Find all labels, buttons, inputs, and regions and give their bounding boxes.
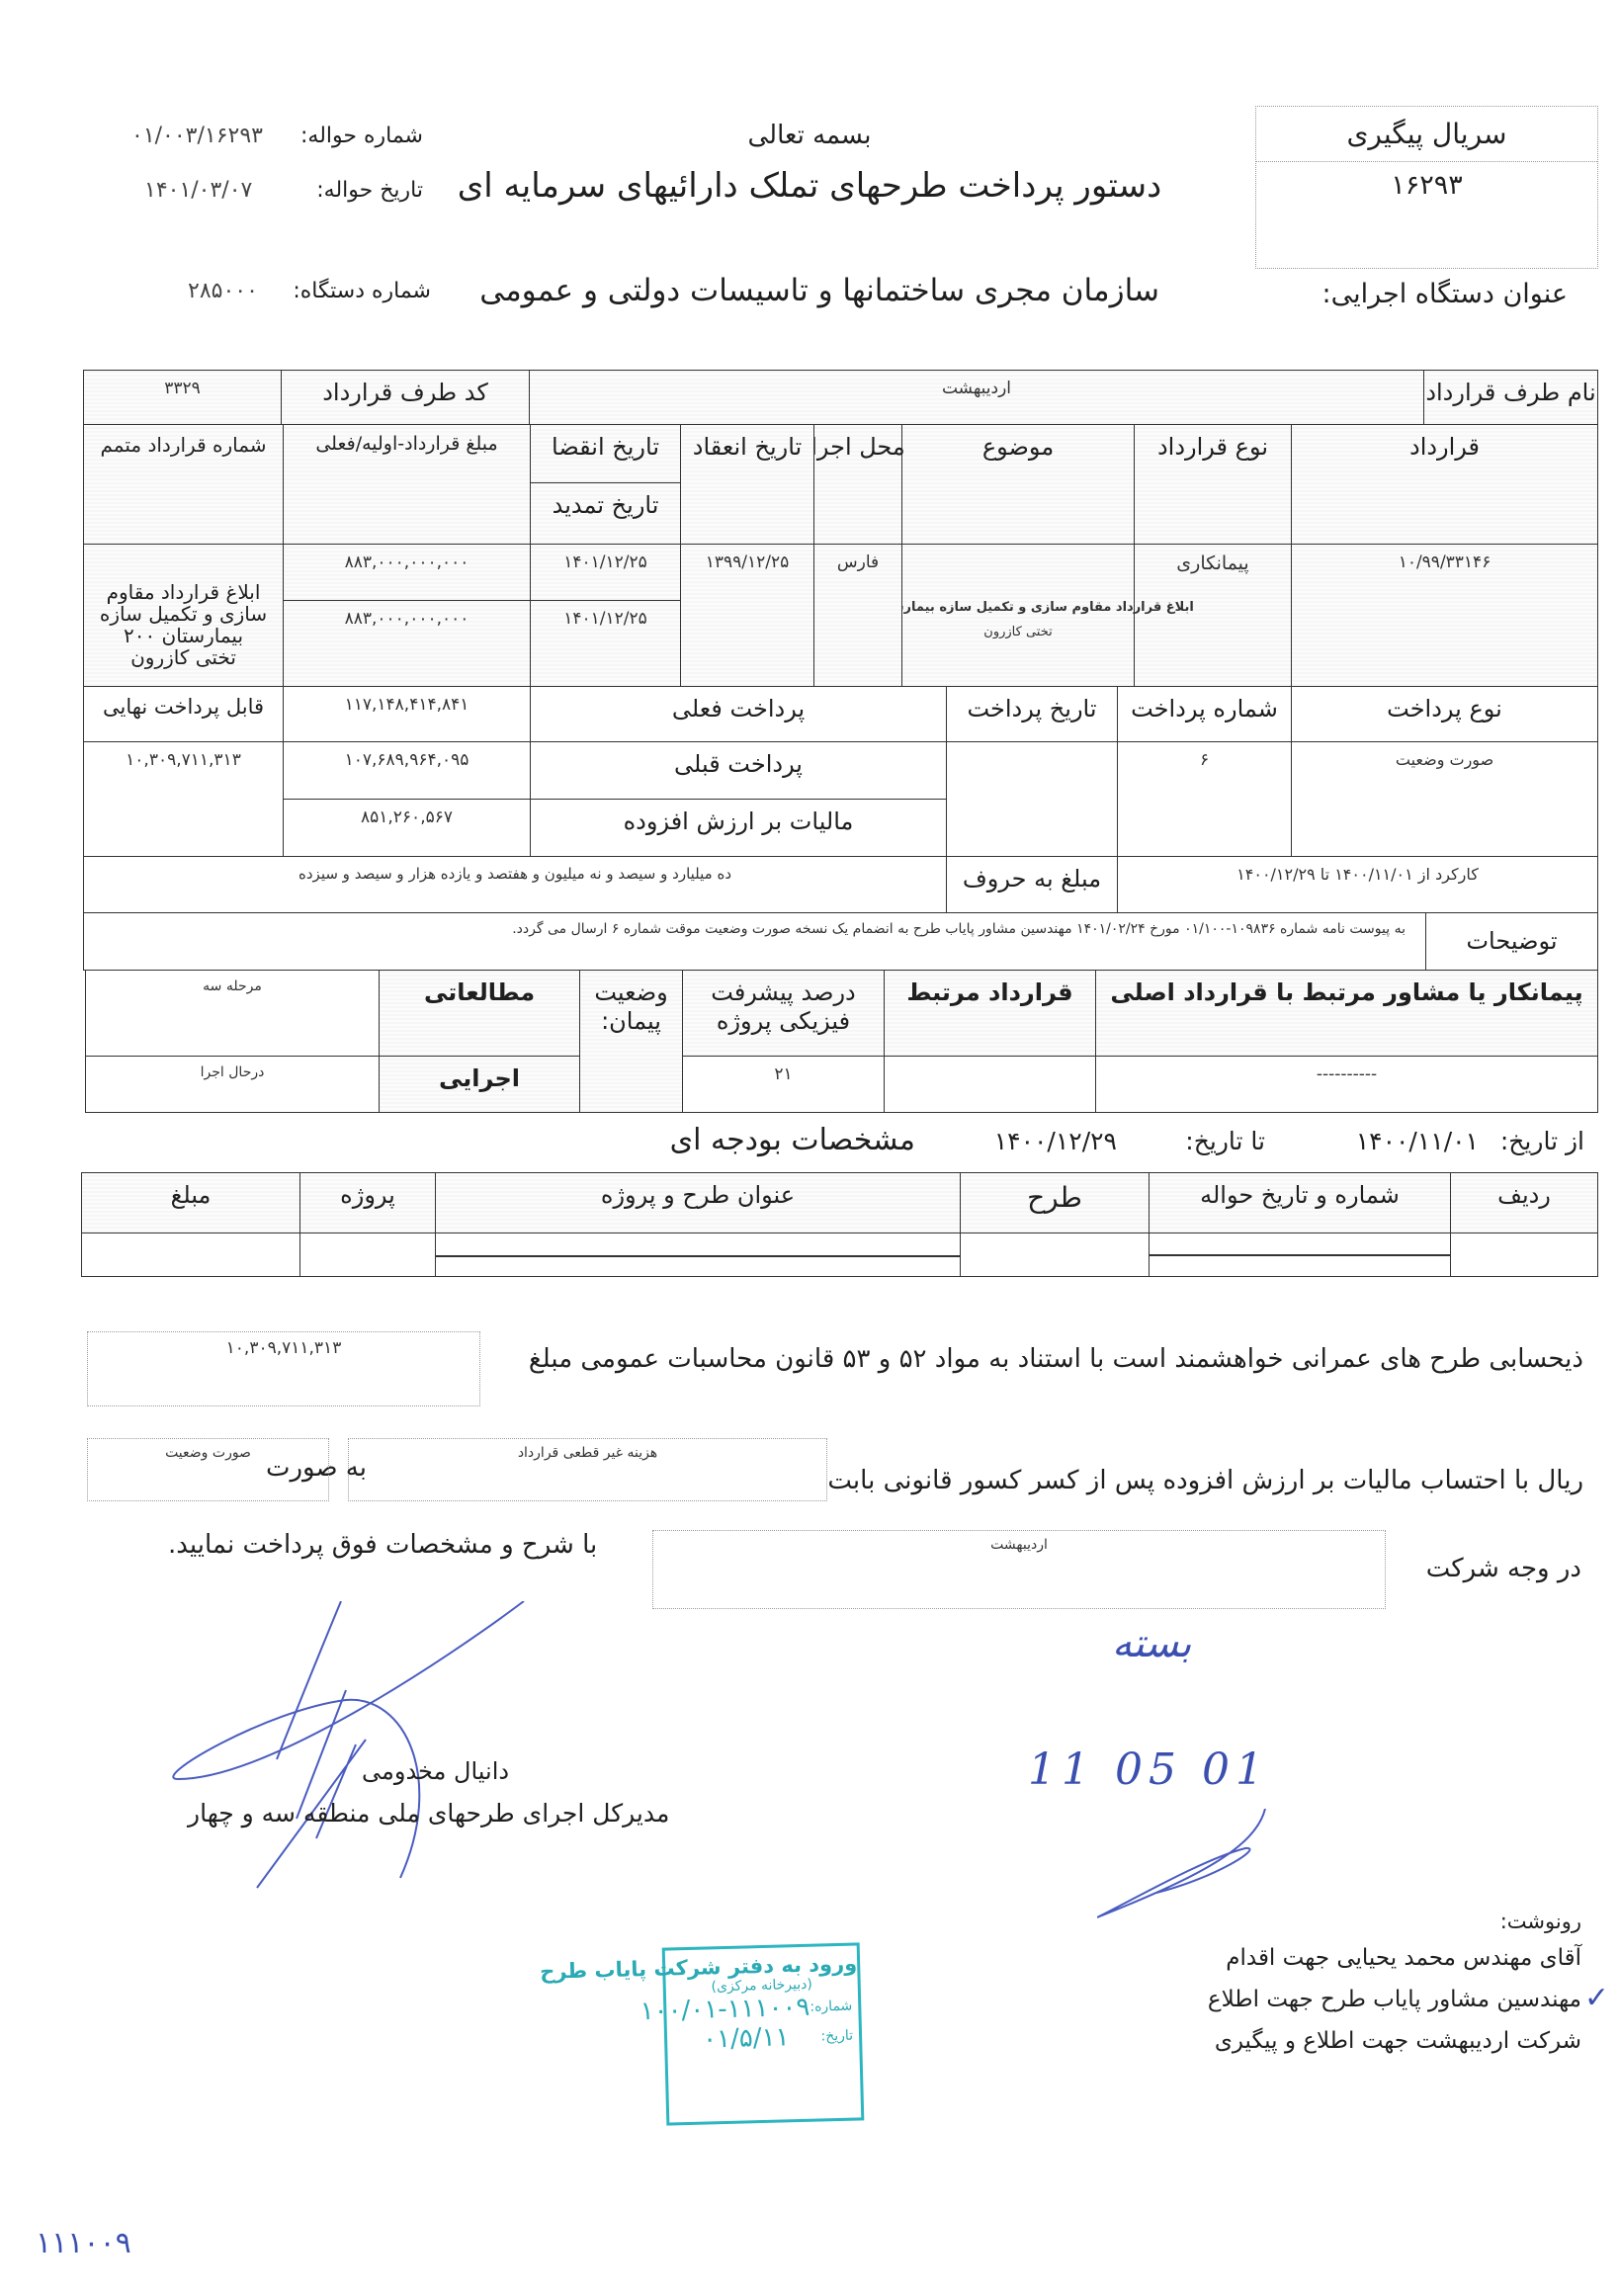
label: شماره قرارداد متمم [100, 433, 266, 457]
label: قرارداد مرتبط [906, 978, 1072, 1007]
value: ۱۰,۳۰۹,۷۱۱,۳۱۳ [126, 750, 241, 770]
conclusion-date-header: تاریخ انعقاد [680, 424, 814, 545]
label: مبلغ قرارداد-اولیه/فعلی [315, 433, 497, 456]
reason-box: هزینه غیر قطعی قرارداد [348, 1438, 827, 1501]
label: شماره و تاریخ حواله [1200, 1181, 1400, 1210]
value-line: ابلاغ قرارداد مقاوم [107, 581, 261, 603]
payment-type-value: صورت وضعیت [1291, 741, 1598, 857]
col-row-number: ردیف [1450, 1172, 1598, 1233]
label: نوع پرداخت [1387, 695, 1502, 723]
notes-value: به پیوست نامه شماره ۱۰۹۸۳۶-۰۱/۱۰۰ مورخ ۱… [83, 912, 1426, 971]
value: ۳۳۲۹ [164, 379, 201, 398]
value: هزینه غیر قطعی قرارداد [518, 1445, 657, 1461]
final-payable-value: ۱۰,۳۰۹,۷۱۱,۳۱۳ [83, 741, 284, 857]
company-label: در وجه شرکت [1426, 1554, 1581, 1584]
executive-header: اجرایی [379, 1056, 580, 1113]
value: ۸۸۳,۰۰۰,۰۰۰,۰۰۰ [345, 553, 469, 572]
label: مبلغ [171, 1181, 212, 1210]
value: ۱۱۷,۱۴۸,۴۱۴,۸۴۱ [345, 695, 469, 715]
label: قابل پرداخت نهایی [103, 695, 264, 720]
label: ردیف [1497, 1181, 1551, 1210]
device-number-label: شماره دستگاه: [293, 279, 431, 304]
remittance-number-label: شماره حواله: [300, 124, 423, 149]
supplement-value: ابلاغ قرارداد مقاوم سازی و تکمیل سازه بی… [83, 544, 284, 687]
contract-value: ۱۰/۹۹/۳۳۱۴۶ [1291, 544, 1598, 687]
current-payment-label: پرداخت فعلی [530, 686, 947, 742]
value: ۸۸۳,۰۰۰,۰۰۰,۰۰۰ [345, 609, 469, 629]
handwritten-note: بسته [1112, 1621, 1191, 1666]
stamp-date-value: ۰۱/۵/۱۱ [703, 2022, 790, 2054]
label: پیمانکار یا مشاور مرتبط با قرارداد اصلی [1110, 978, 1582, 1007]
study-header: مطالعاتی [379, 970, 580, 1057]
value: پیمانکاری [1176, 553, 1248, 575]
subject-header: موضوع [901, 424, 1135, 545]
received-stamp: ورود به دفتر شرکت پایاب طرح (دبیرخانه مر… [662, 1942, 865, 2125]
instruction-line1: ذیحسابی طرح های عمرانی خواهشمند است با ا… [529, 1344, 1583, 1375]
value: ۱۰/۹۹/۳۳۱۴۶ [1399, 553, 1491, 572]
vat-value: ۸۵۱,۲۶۰,۵۶۷ [283, 799, 531, 857]
label: پرداخت فعلی [672, 695, 805, 723]
label: توضیحات [1466, 927, 1557, 956]
budget-cell [960, 1233, 1150, 1277]
current-payment-value: ۱۱۷,۱۴۸,۴۱۴,۸۴۱ [283, 686, 531, 742]
instruction-line2: ریال با احتساب مالیات بر ارزش افزوده پس … [827, 1466, 1583, 1496]
previous-payment-value: ۱۰۷,۶۸۹,۹۶۴,۰۹۵ [283, 741, 531, 800]
label: مالیات بر ارزش افزوده [624, 808, 854, 836]
amount-initial-value: ۸۸۳,۰۰۰,۰۰۰,۰۰۰ [283, 544, 531, 601]
from-date-value: ۱۴۰۰/۱۱/۰۱ [1356, 1127, 1479, 1156]
value: ۸۵۱,۲۶۰,۵۶۷ [361, 808, 453, 827]
supplement-header: شماره قرارداد متمم [83, 424, 284, 545]
payment-date-value [946, 741, 1118, 857]
to-date-value: ۱۴۰۰/۱۲/۲۹ [994, 1127, 1117, 1156]
serial-value: ۱۶۲۹۳ [1256, 162, 1597, 201]
value: صورت وضعیت [1396, 750, 1493, 769]
value: درحال اجرا [201, 1064, 265, 1081]
label: شماره پرداخت [1131, 695, 1278, 723]
remittance-date-label: تاریخ حواله: [316, 178, 423, 204]
org-name: سازمان مجری ساختمانها و تاسیسات دولتی و … [479, 273, 1159, 309]
value-line: بیمارستان ۲۰۰ [124, 625, 243, 646]
value: صورت وضعیت [165, 1445, 251, 1461]
value: ۱۳۹۹/۱۲/۲۵ [706, 553, 790, 572]
value: مرحله سه [203, 978, 262, 995]
device-number-value: ۲۸۵۰۰۰ [188, 279, 258, 304]
handwritten-date: 11 05 01 [1028, 1744, 1269, 1795]
conclusion-date-value: ۱۳۹۹/۱۲/۲۵ [680, 544, 814, 687]
extension-date-value: ۱۴۰۱/۱۲/۲۵ [530, 600, 681, 687]
related-contractor-header: پیمانکار یا مشاور مرتبط با قرارداد اصلی [1095, 970, 1598, 1057]
to-date-label: تا تاریخ: [1185, 1127, 1265, 1156]
label: اجرایی [439, 1064, 520, 1093]
col-amount: مبلغ [81, 1172, 300, 1233]
label: نام طرف قرارداد [1425, 379, 1595, 407]
label: مبلغ به حروف [963, 865, 1101, 893]
payment-number-value: ۶ [1117, 741, 1292, 857]
party-name-value: اردیبهشت [529, 370, 1424, 425]
budget-cell [435, 1233, 961, 1277]
org-label: عنوان دستگاه اجرایی: [1322, 279, 1568, 310]
budget-cell [81, 1233, 300, 1277]
progress-header: درصد پیشرفت فیزیکی پروژه [682, 970, 885, 1057]
extension-date-header: تاریخ تمدید [530, 482, 681, 545]
party-code-value: ۳۳۲۹ [83, 370, 282, 425]
copy-item: آقای مهندس محمد یحیایی جهت اقدام [1226, 1945, 1581, 1973]
label: پروژه [340, 1181, 395, 1210]
type-value: پیمانکاری [1134, 544, 1292, 687]
budget-cell [299, 1233, 436, 1277]
label: قرارداد [1409, 433, 1480, 462]
corner-handwritten-number: ۱۱۱۰۰۹ [36, 2226, 131, 2260]
value: به پیوست نامه شماره ۱۰۹۸۳۶-۰۱/۱۰۰ مورخ ۱… [512, 921, 1406, 938]
budget-cell [1450, 1233, 1598, 1277]
party-name-label: نام طرف قرارداد [1423, 370, 1598, 425]
label: موضوع [982, 433, 1054, 462]
remittance-number-value: ۰۱/۰۰۳/۱۶۲۹۳ [131, 124, 263, 149]
label: کد طرف قرارداد [322, 379, 488, 407]
label: طرح [1027, 1181, 1082, 1215]
work-period: کارکرد از ۱۴۰۰/۱۱/۰۱ تا ۱۴۰۰/۱۲/۲۹ [1117, 856, 1598, 913]
party-code-label: کد طرف قرارداد [281, 370, 530, 425]
from-date-label: از تاریخ: [1500, 1127, 1584, 1156]
amount-box: ۱۰,۳۰۹,۷۱۱,۳۱۳ [87, 1331, 480, 1406]
in-words-label: مبلغ به حروف [946, 856, 1118, 913]
label: تاریخ تمدید [553, 491, 659, 520]
value-line: سازی و تکمیل سازه [100, 603, 267, 625]
value: ۱۰۷,۶۸۹,۹۶۴,۰۹۵ [345, 750, 469, 770]
closing-text: با شرح و مشخصات فوق پرداخت نمایید. [168, 1530, 597, 1561]
signer-position: مدیرکل اجرای طرحهای ملی منطقه سه و چهار [188, 1799, 669, 1828]
related-contractor-value: ---------- [1095, 1056, 1598, 1113]
label: تاریخ پرداخت [967, 695, 1096, 723]
previous-payment-label: پرداخت قبلی [530, 741, 947, 800]
value: فارس [837, 553, 879, 572]
label: محل اجرا [810, 433, 905, 462]
value: ۱۰,۳۰۹,۷۱۱,۳۱۳ [226, 1338, 342, 1358]
budget-title: مشخصات بودجه ای [670, 1123, 915, 1158]
stamp-date-label: تاریخ: [820, 2028, 853, 2045]
serial-label: سریال پیگیری [1256, 107, 1597, 162]
divider [436, 1255, 960, 1257]
value-line: تختی کازرون [130, 646, 236, 668]
label: عنوان طرح و پروژه [601, 1181, 795, 1210]
signer-name: دانیال مخدومی [362, 1757, 509, 1786]
paraph-scribble-icon [1097, 1809, 1295, 1927]
label: تاریخ انقضا [552, 433, 659, 462]
copy-item: مهندسین مشاور پایاب طرح جهت اطلاع [1208, 1987, 1581, 2014]
vat-label: مالیات بر ارزش افزوده [530, 799, 947, 857]
company-box: اردیبهشت [652, 1530, 1386, 1609]
value: ۱۴۰۱/۱۲/۲۵ [563, 609, 647, 629]
value: ده میلیارد و سیصد و نه میلیون و هفتصد و … [298, 865, 731, 883]
divider [1150, 1254, 1450, 1256]
col-plan: طرح [960, 1172, 1150, 1233]
value: ۱۴۰۱/۱۲/۲۵ [563, 553, 647, 572]
label: پرداخت قبلی [674, 750, 803, 779]
budget-cell [1149, 1233, 1451, 1277]
stamp-number-label: شماره: [809, 1998, 852, 2015]
value-line: تختی کازرون [983, 625, 1052, 639]
stamp-title: ورود به دفتر شرکت پایاب طرح [665, 1951, 858, 1980]
payment-number-header: شماره پرداخت [1117, 686, 1292, 742]
label: تاریخ انعقاد [693, 433, 802, 462]
copies-label: رونوشت: [1500, 1910, 1581, 1934]
col-project: پروژه [299, 1172, 436, 1233]
as-box: صورت وضعیت [87, 1438, 329, 1501]
expiry-date-value: ۱۴۰۱/۱۲/۲۵ [530, 544, 681, 601]
location-header: محل اجرا [813, 424, 902, 545]
final-payable-label: قابل پرداخت نهایی [83, 686, 284, 742]
contract-status-header: وضعیت پیمان: [579, 970, 683, 1113]
stamp-number-value: ۱۰۰/۰۱-۱۱۱۰۰۹ [639, 1993, 809, 2026]
value: اردیبهشت [990, 1537, 1048, 1553]
amount-current-value: ۸۸۳,۰۰۰,۰۰۰,۰۰۰ [283, 600, 531, 687]
checkmark-icon: ✓ [1584, 1981, 1609, 2015]
progress-value: ۲۱ [682, 1056, 885, 1113]
contract-header: قرارداد [1291, 424, 1598, 545]
executive-value: درحال اجرا [85, 1056, 380, 1113]
type-header: نوع قرارداد [1134, 424, 1292, 545]
serial-box: سریال پیگیری ۱۶۲۹۳ [1255, 106, 1598, 269]
value: ۶ [1200, 750, 1209, 770]
expiry-date-header: تاریخ انقضا [530, 424, 681, 483]
in-words-value: ده میلیارد و سیصد و نه میلیون و هفتصد و … [83, 856, 947, 913]
related-contract-header: قرارداد مرتبط [884, 970, 1096, 1057]
label: مطالعاتی [424, 978, 535, 1007]
value: کارکرد از ۱۴۰۰/۱۱/۰۱ تا ۱۴۰۰/۱۲/۲۹ [1236, 865, 1479, 884]
subject-value: ابلاغ قرارداد مقاوم سازی و تکمیل سازه بی… [901, 544, 1135, 687]
col-remittance: شماره و تاریخ حواله [1149, 1172, 1451, 1233]
value: ---------- [1317, 1064, 1377, 1084]
amount-header: مبلغ قرارداد-اولیه/فعلی [283, 424, 531, 545]
location-value: فارس [813, 544, 902, 687]
value: اردیبهشت [942, 379, 1011, 398]
col-plan-title: عنوان طرح و پروژه [435, 1172, 961, 1233]
label: نوع قرارداد [1157, 433, 1268, 462]
label: درصد پیشرفت فیزیکی پروژه [705, 978, 863, 1036]
copy-item: شرکت اردیبهشت جهت اطلاع و پیگیری [1215, 2028, 1581, 2056]
related-contract-value [884, 1056, 1096, 1113]
notes-label: توضیحات [1425, 912, 1598, 971]
payment-type-header: نوع پرداخت [1291, 686, 1598, 742]
value: ۲۱ [774, 1064, 792, 1084]
payment-date-header: تاریخ پرداخت [946, 686, 1118, 742]
label: وضعیت پیمان: [592, 978, 671, 1036]
study-value: مرحله سه [85, 970, 380, 1057]
remittance-date-value: ۱۴۰۱/۰۳/۰۷ [144, 178, 252, 204]
